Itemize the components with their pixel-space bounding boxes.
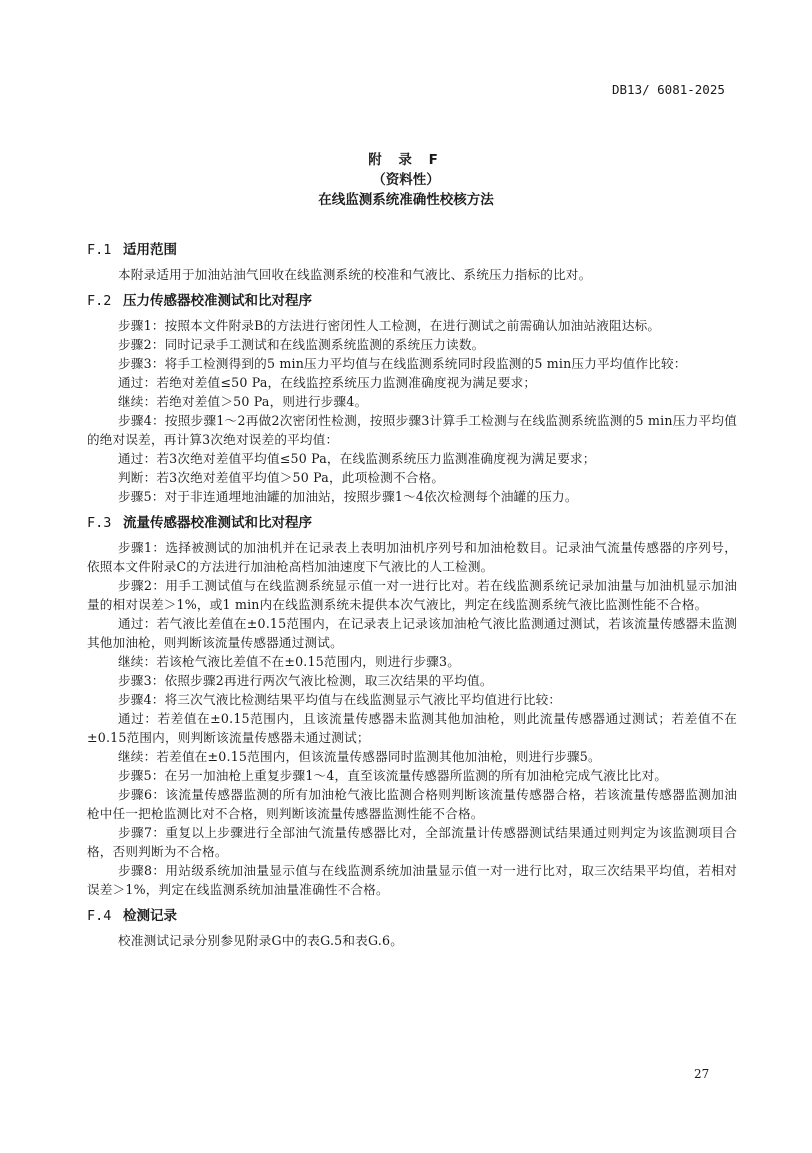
section-heading-f1: F.1适用范围 — [87, 239, 737, 261]
section-number: F.1 — [87, 239, 123, 261]
appendix-label: 附 录 F — [0, 150, 812, 170]
section-number: F.3 — [87, 512, 123, 534]
paragraph: 步骤4：按照步骤1～2再做2次密闭性检测，按照步骤3计算手工检测与在线监测系统监… — [87, 411, 737, 449]
document-body: F.1适用范围 本附录适用于加油站油气回收在线监测系统的校准和气液比、系统压力指… — [87, 237, 737, 950]
page-number: 27 — [694, 1067, 709, 1081]
section-heading-f2: F.2压力传感器校准测试和比对程序 — [87, 290, 737, 312]
paragraph: 步骤3：依照步骤2再进行两次气液比检测，取三次结果的平均值。 — [87, 671, 737, 690]
section-number: F.2 — [87, 290, 123, 312]
paragraph: 步骤1：按照本文件附录B的方法进行密闭性人工检测，在进行测试之前需确认加油站液阻… — [87, 316, 737, 335]
section-heading-f4: F.4检测记录 — [87, 905, 737, 927]
appendix-title: 在线监测系统准确性校核方法 — [0, 190, 812, 210]
section-title: 压力传感器校准测试和比对程序 — [123, 293, 312, 309]
paragraph: 步骤1：选择被测试的加油机并在记录表上表明加油机序列号和加油枪数目。记录油气流量… — [87, 538, 737, 576]
paragraph: 本附录适用于加油站油气回收在线监测系统的校准和气液比、系统压力指标的比对。 — [87, 265, 737, 284]
paragraph: 步骤8：用站级系统加油量显示值与在线监测系统加油量显示值一对一进行比对，取三次结… — [87, 861, 737, 899]
section-heading-f3: F.3流量传感器校准测试和比对程序 — [87, 512, 737, 534]
section-title: 流量传感器校准测试和比对程序 — [123, 515, 312, 531]
paragraph: 通过：若3次绝对差值平均值≤50 Pa，在线监测系统压力监测准确度视为满足要求； — [87, 449, 737, 468]
document-code: DB13/ 6081-2025 — [612, 82, 725, 97]
section-title: 检测记录 — [123, 908, 177, 924]
paragraph: 步骤4：将三次气液比检测结果平均值与在线监测显示气液比平均值进行比较： — [87, 690, 737, 709]
paragraph: 步骤6：该流量传感器监测的所有加油枪气液比监测合格则判断该流量传感器合格，若该流… — [87, 785, 737, 823]
paragraph: 步骤7：重复以上步骤进行全部油气流量传感器比对，全部流量计传感器测试结果通过则判… — [87, 823, 737, 861]
paragraph: 步骤5：对于非连通埋地油罐的加油站，按照步骤1～4依次检测每个油罐的压力。 — [87, 487, 737, 506]
section-title: 适用范围 — [123, 242, 177, 258]
paragraph: 通过：若差值在±0.15范围内，且该流量传感器未监测其他加油枪，则此流量传感器通… — [87, 709, 737, 747]
paragraph: 继续：若差值在±0.15范围内，但该流量传感器同时监测其他加油枪，则进行步骤5。 — [87, 747, 737, 766]
paragraph: 继续：若绝对差值＞50 Pa，则进行步骤4。 — [87, 392, 737, 411]
paragraph: 继续：若该枪气液比差值不在±0.15范围内，则进行步骤3。 — [87, 652, 737, 671]
appendix-title-block: 附 录 F （资料性） 在线监测系统准确性校核方法 — [0, 150, 812, 210]
appendix-nature: （资料性） — [0, 170, 812, 190]
section-number: F.4 — [87, 905, 123, 927]
paragraph: 步骤5：在另一加油枪上重复步骤1～4，直至该流量传感器所监测的所有加油枪完成气液… — [87, 766, 737, 785]
paragraph: 通过：若气液比差值在±0.15范围内，在记录表上记录该加油枪气液比监测通过测试，… — [87, 614, 737, 652]
paragraph: 通过：若绝对差值≤50 Pa，在线监控系统压力监测准确度视为满足要求； — [87, 373, 737, 392]
paragraph: 步骤3：将手工检测得到的5 min压力平均值与在线监测系统同时段监测的5 min… — [87, 354, 737, 373]
paragraph: 校准测试记录分别参见附录G中的表G.5和表G.6。 — [87, 931, 737, 950]
paragraph: 步骤2：同时记录手工测试和在线监测系统监测的系统压力读数。 — [87, 335, 737, 354]
paragraph: 步骤2：用手工测试值与在线监测系统显示值一对一进行比对。若在线监测系统记录加油量… — [87, 576, 737, 614]
paragraph: 判断：若3次绝对差值平均值＞50 Pa，此项检测不合格。 — [87, 468, 737, 487]
